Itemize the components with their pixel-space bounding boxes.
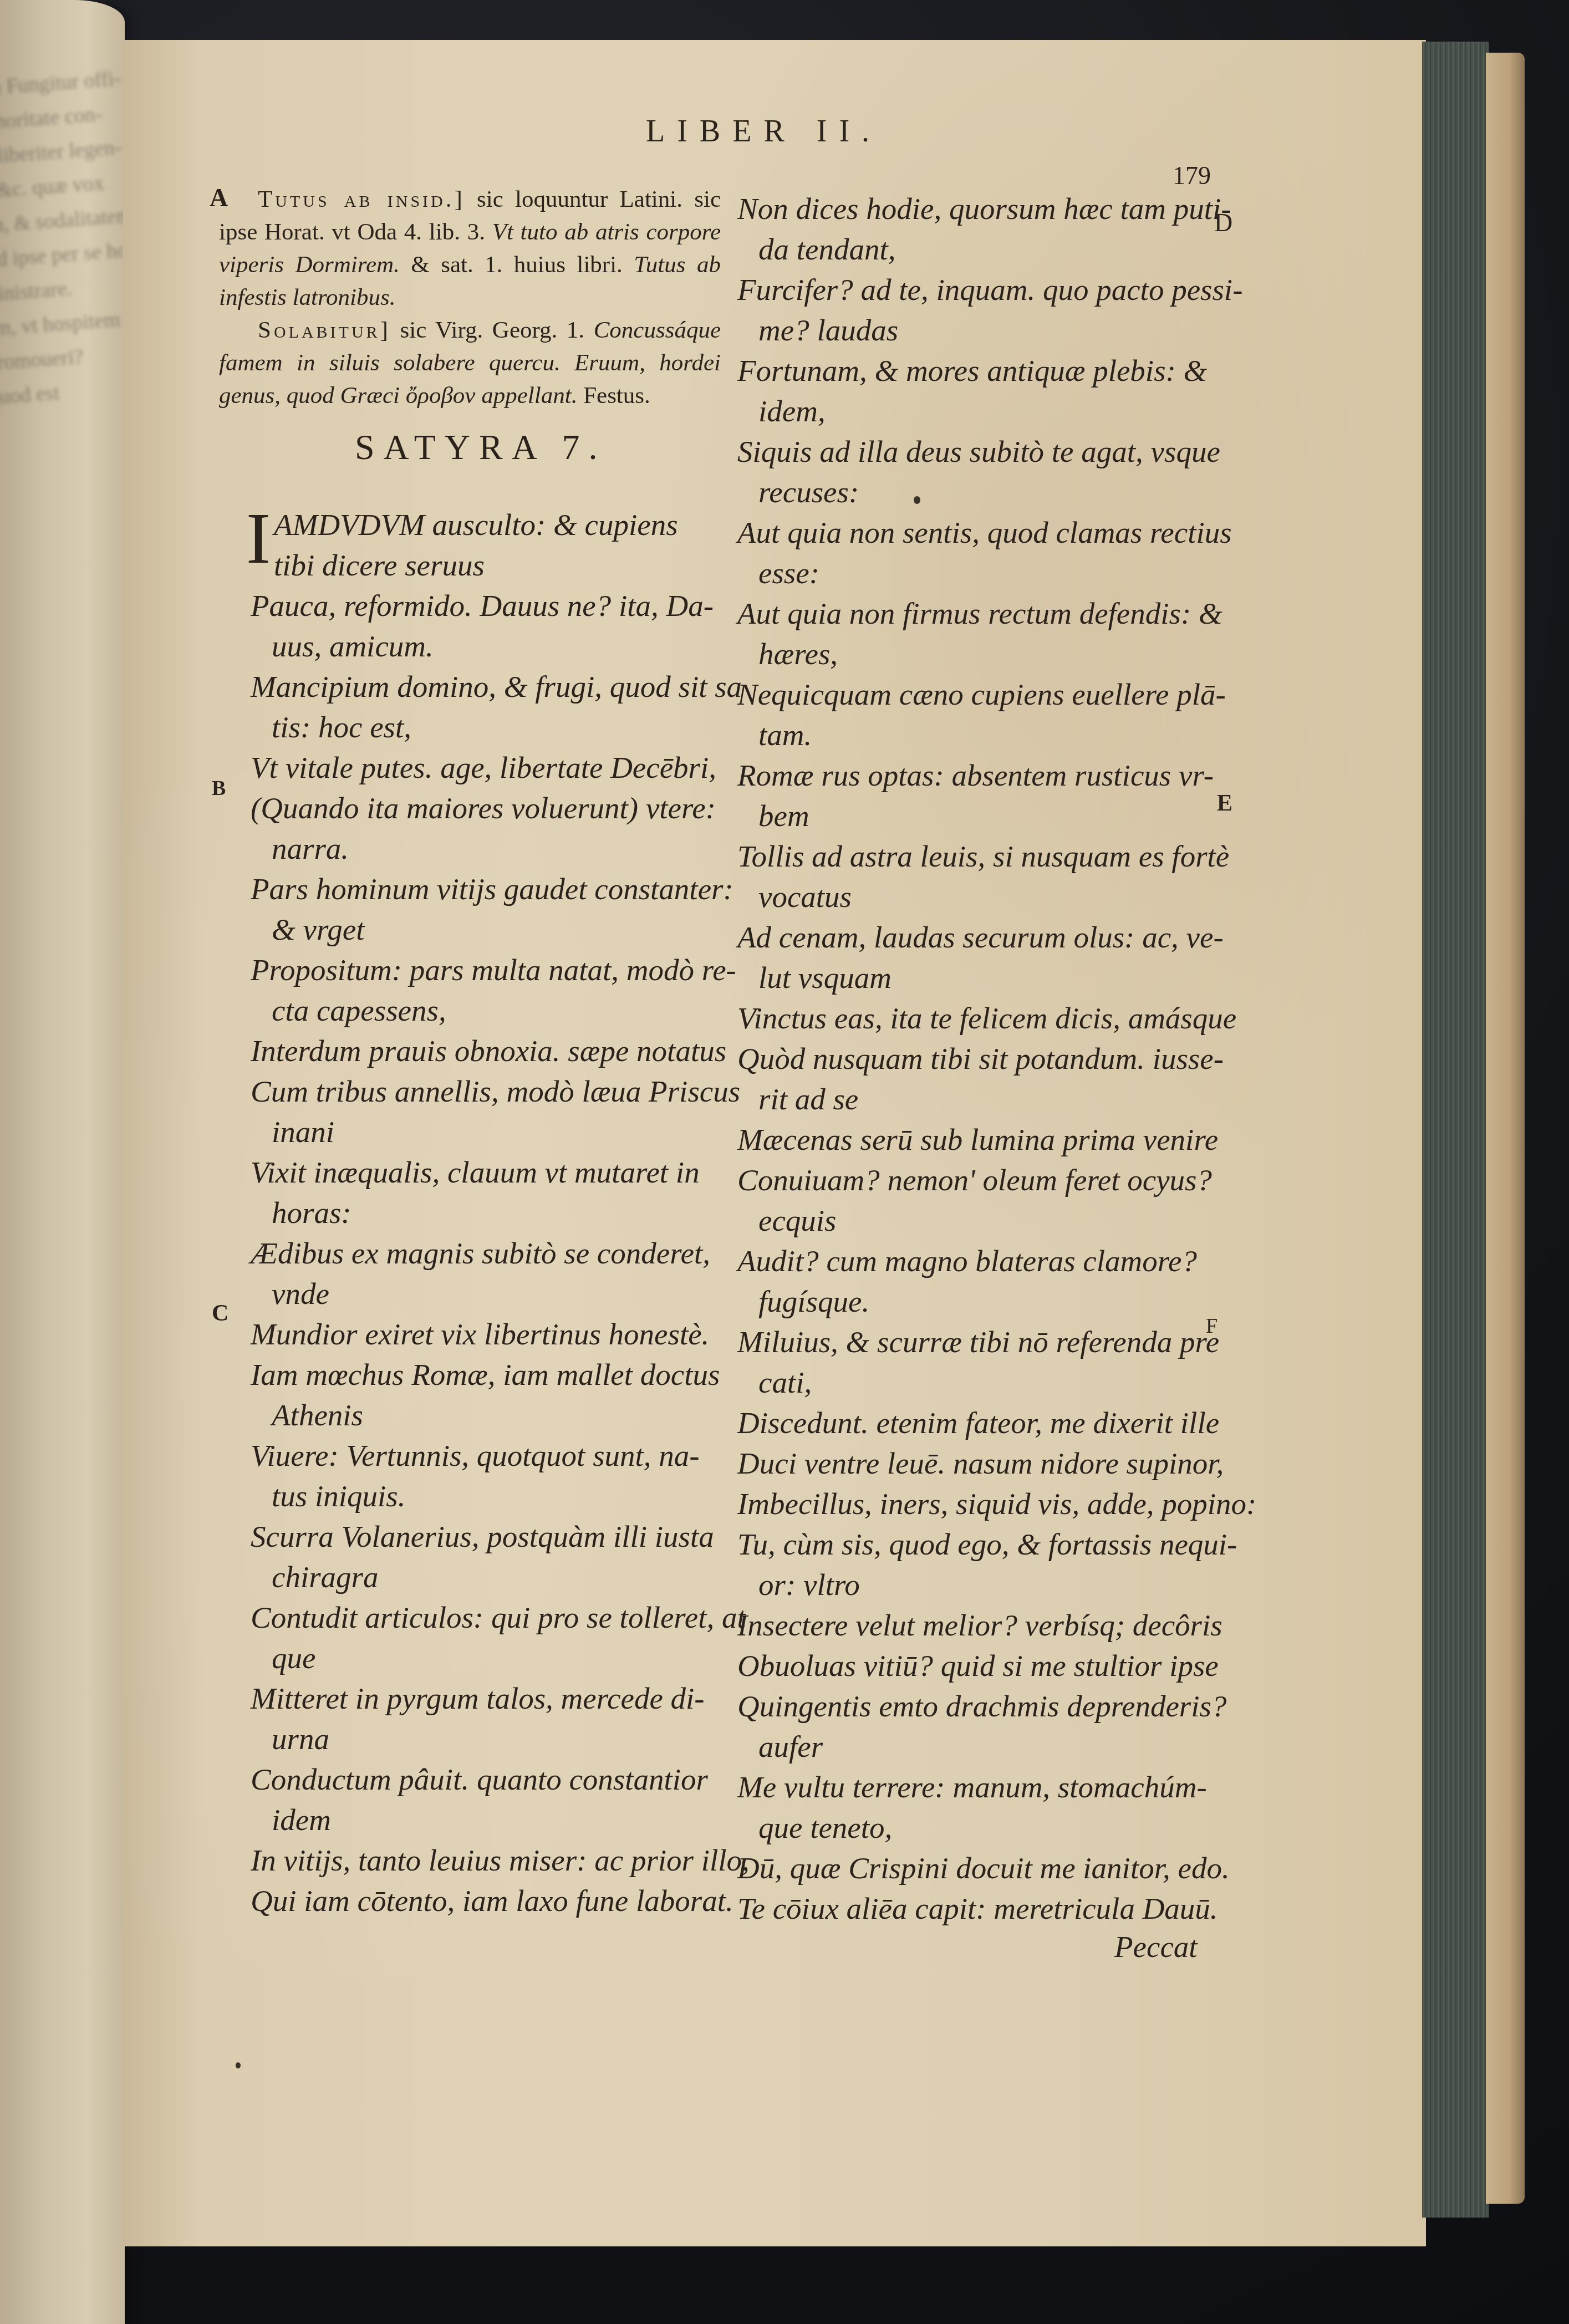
verse-line: Fortunam, & mores antiquæ plebis: & (737, 350, 1236, 391)
verse-line: Insectere velut melior? verbísq; decôris (737, 1605, 1236, 1645)
note-lemma: Tutus ab insid.] (258, 186, 465, 212)
verse-line: Conuiuam? nemon' oleum feret ocyus? (737, 1160, 1236, 1200)
verse-line: In vitijs, tanto leuius miser: ac prior … (251, 1840, 738, 1880)
verse-line: Me vultu terrere: manum, stomachúm- (737, 1767, 1236, 1807)
verse-line: Furcifer? ad te, inquam. quo pacto pessi… (737, 269, 1236, 310)
verse-line-continuation: tus iniquis. (251, 1476, 738, 1516)
verse-line-continuation: lut vsquam (737, 957, 1236, 998)
verse-line-continuation: bem (737, 796, 1236, 836)
verse-line: Imbecillus, iners, siquid vis, adde, pop… (737, 1484, 1236, 1524)
page-block-edge (1422, 42, 1489, 2218)
verse-line-continuation: cta capessens, (251, 990, 738, 1031)
verse-line-continuation: ecquis (737, 1200, 1236, 1241)
verse-line-continuation: inani (251, 1112, 738, 1152)
verse-line: Mundior exiret vix libertinus honestè. (251, 1314, 738, 1354)
verse-line-continuation: or: vltro (737, 1564, 1236, 1605)
verse-line: Cum tribus annellis, modò læua Priscus (251, 1071, 738, 1112)
verse-line: Iam mœchus Romæ, iam mallet doctus (251, 1354, 738, 1395)
verse-line: Te cōiux aliēa capit: meretricula Dauū. (737, 1888, 1236, 1929)
verse-line: Dū, quæ Crispini docuit me ianitor, edo. (737, 1848, 1236, 1888)
verse-line: Non dices hodie, quorsum hæc tam puti- (737, 188, 1236, 229)
verse-line-continuation: idem, (737, 391, 1236, 431)
verse-line: Nequicquam cæno cupiens euellere plā- (737, 674, 1236, 715)
verse-line-continuation: esse: (737, 553, 1236, 593)
verse-line-continuation: que teneto, (737, 1807, 1236, 1848)
verse-line: AMDVDVM ausculto: & cupiens (251, 504, 738, 545)
verse-line: Discedunt. etenim fateor, me dixerit ill… (737, 1403, 1236, 1443)
verse-line: Scurra Volanerius, postquàm illi iusta (251, 1516, 738, 1557)
verse-line-continuation: vocatus (737, 876, 1236, 917)
verse-line: Mancipium domino, & frugi, quod sit sa (251, 666, 738, 707)
verse-line-continuation: Athenis (251, 1395, 738, 1435)
verse-line: Pauca, reformido. Dauus ne? ita, Da- (251, 585, 738, 626)
binding-cover-edge (1486, 53, 1525, 2204)
verse-line: Pars hominum vitijs gaudet constanter: (251, 869, 738, 909)
verse-line: Siquis ad illa deus subitò te agat, vsqu… (737, 431, 1236, 472)
verse-line: Qui iam cōtento, iam laxo fune laborat. (251, 1880, 738, 1921)
ink-spot (236, 2062, 241, 2068)
verse-line: Obuoluas vitiū? quid si me stultior ipse (737, 1645, 1236, 1686)
verse-line-continuation: tam. (737, 715, 1236, 755)
verse-column-left: I AMDVDVM ausculto: & cupienstibi dicere… (251, 504, 738, 1921)
facing-page-ghost-text: ipsa Fungitur offi-authoritate con-ge li… (0, 62, 125, 415)
verse-line: Quingentis emto drachmis deprenderis? (737, 1686, 1236, 1726)
ink-spot (914, 496, 920, 504)
margin-letter-c: C (212, 1300, 228, 1327)
verse-line-continuation: uus, amicum. (251, 626, 738, 666)
verse-line: Conductum pâuit. quanto constantior (251, 1759, 738, 1800)
verse-line: Miluius, & scurræ tibi nō referenda pre (737, 1322, 1236, 1362)
verse-line-continuation: recuses: (737, 472, 1236, 512)
verse-line: Duci ventre leuē. nasum nidore supinor, (737, 1443, 1236, 1484)
verse-line-continuation: & vrget (251, 909, 738, 950)
verse-line: Viuere: Vertunnis, quotquot sunt, na- (251, 1435, 738, 1476)
catchword: Peccat (1114, 1929, 1198, 1964)
verse-line: Romæ rus optas: absentem rusticus vr- (737, 755, 1236, 796)
verse-line: Audit? cum magno blateras clamore? (737, 1241, 1236, 1281)
verse-line-continuation: narra. (251, 828, 738, 869)
verse-line-continuation: tis: hoc est, (251, 707, 738, 747)
drop-cap: I (246, 508, 271, 569)
verse-line-continuation: da tendant, (737, 229, 1236, 269)
verse-line-continuation: tibi dicere seruus (251, 545, 738, 585)
commentary-note: Tutus ab insid.] sic loquuntur Latini. s… (219, 183, 721, 314)
verse-line: Interdum prauis obnoxia. sæpe notatus (251, 1031, 738, 1071)
verse-line-continuation: que (251, 1638, 738, 1678)
note-lemma: Solabitur] (258, 317, 391, 343)
commentary-note: Solabitur] sic Virg. Georg. 1. Concussáq… (219, 314, 721, 412)
verse-line-continuation: fugísque. (737, 1281, 1236, 1322)
verse-line: Aut quia non sentis, quod clamas rectius (737, 512, 1236, 553)
verse-line: Ædibus ex magnis subitò se conderet, (251, 1233, 738, 1273)
verse-line-continuation: urna (251, 1719, 738, 1759)
verse-line: Ad cenam, laudas securum olus: ac, ve- (737, 917, 1236, 957)
verse-line-continuation: rit ad se (737, 1079, 1236, 1119)
verse-line: Vixit inæqualis, clauum vt mutaret in (251, 1152, 738, 1192)
verse-line-continuation: cati, (737, 1362, 1236, 1403)
verse-line: Mæcenas serū sub lumina prima venire (737, 1119, 1236, 1160)
verse-line: Vt vitale putes. age, libertate Decēbri, (251, 747, 738, 788)
page-number: 179 (1173, 161, 1211, 190)
verse-line: Vinctus eas, ita te felicem dicis, amásq… (737, 998, 1236, 1038)
margin-letter-b: B (212, 776, 226, 801)
verse-line: Tu, cùm sis, quod ego, & fortassis nequi… (737, 1524, 1236, 1564)
verse-column-right: Non dices hodie, quorsum hæc tam puti-da… (737, 188, 1236, 1929)
verse-line-continuation: me? laudas (737, 310, 1236, 350)
verse-line: Quòd nusquam tibi sit potandum. iusse- (737, 1038, 1236, 1079)
verse-line: Contudit articulos: qui pro se tolleret,… (251, 1597, 738, 1638)
verse-line-continuation: idem (251, 1800, 738, 1840)
running-head: LIBER II. (646, 114, 882, 149)
verse-line: Propositum: pars multa natat, modò re- (251, 950, 738, 990)
satire-heading: SATYRA 7. (355, 427, 606, 468)
verse-line-continuation: chiragra (251, 1557, 738, 1597)
commentary-notes: Tutus ab insid.] sic loquuntur Latini. s… (219, 183, 721, 412)
verse-line: Aut quia non firmus rectum defendis: & (737, 593, 1236, 634)
verse-line-continuation: hæres, (737, 634, 1236, 674)
verse-line-continuation: vnde (251, 1273, 738, 1314)
facing-page-left: ipsa Fungitur offi-authoritate con-ge li… (0, 0, 125, 2324)
verse-line-continuation: horas: (251, 1192, 738, 1233)
verse-line-continuation: aufer (737, 1726, 1236, 1767)
verse-line: Mitteret in pyrgum talos, mercede di- (251, 1678, 738, 1719)
verse-line: Tollis ad astra leuis, si nusquam es for… (737, 836, 1236, 876)
verse-line: (Quando ita maiores voluerunt) vtere: (251, 788, 738, 828)
